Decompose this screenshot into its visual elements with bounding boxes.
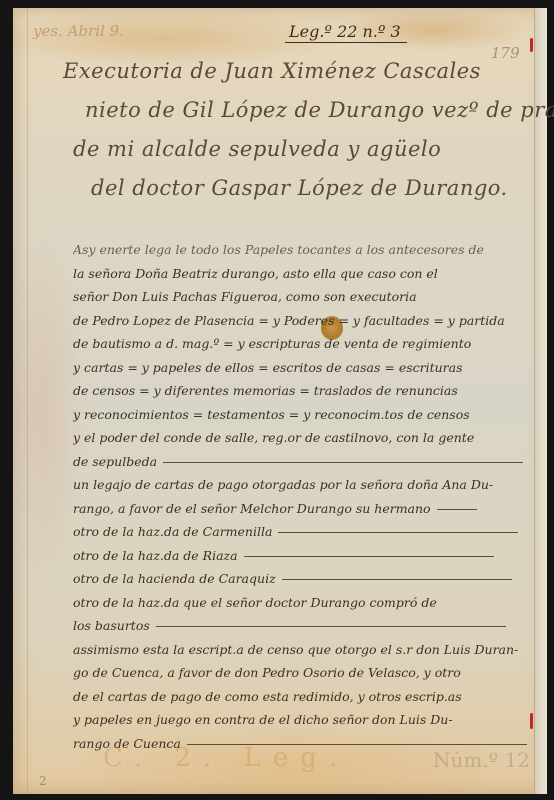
line-filler-rule	[437, 509, 477, 510]
body-line: de sepulbeda	[73, 450, 533, 474]
body-line: otro de la haz.da que el señor doctor Du…	[73, 591, 533, 615]
body-line: assimismo esta la escript.a de censo que…	[73, 638, 533, 662]
body-line: de el cartas de pago de como esta redimi…	[73, 685, 533, 709]
title-line: del doctor Gaspar López de Durango.	[63, 169, 533, 208]
body-line-text: de sepulbeda	[73, 454, 157, 469]
line-filler-rule	[244, 556, 494, 557]
body-line: de censos = y diferentes memorias = tras…	[73, 379, 533, 403]
margin-line	[27, 8, 28, 794]
body-line: Asy enerte lega le todo los Papeles toca…	[73, 238, 533, 262]
body-line-text: los basurtos	[73, 618, 150, 633]
body-line: los basurtos	[73, 614, 533, 638]
body-line: de Pedro Lopez de Plasencia = y Poderes …	[73, 309, 533, 333]
body-line: rango, a favor de el señor Melchor Duran…	[73, 497, 533, 521]
faded-header-note: yes. Abril 9.	[33, 22, 124, 40]
line-filler-rule	[156, 626, 506, 627]
body-line-text: otro de la haz.da de Carmenilla	[73, 524, 272, 539]
body-line: go de Cuenca, a favor de don Pedro Osori…	[73, 661, 533, 685]
title-line: nieto de Gil López de Durango vezº de pr…	[63, 91, 533, 130]
corner-mark: 2	[39, 774, 47, 788]
body-line-text: otro de la hacienda de Caraquiz	[73, 571, 276, 586]
bottom-archive-stamp: C. 2. Leg.	[103, 743, 349, 773]
red-edge-mark	[530, 38, 533, 52]
body-line: otro de la haz.da de Carmenilla	[73, 520, 533, 544]
line-filler-rule	[278, 532, 518, 533]
title-block: Executoria de Juan Ximénez Cascales niet…	[63, 52, 533, 208]
body-line-text: otro de la haz.da de Riaza	[73, 548, 238, 563]
manuscript-page: yes. Abril 9. Leg.º 22 n.º 3 179 Executo…	[13, 8, 547, 794]
title-line: de mi alcalde sepulveda y agüelo	[63, 130, 533, 169]
line-filler-rule	[282, 579, 512, 580]
body-line: otro de la hacienda de Caraquiz	[73, 567, 533, 591]
line-filler-rule	[163, 462, 523, 463]
body-line: señor Don Luis Pachas Figueroa, como son…	[73, 285, 533, 309]
body-line-text: rango, a favor de el señor Melchor Duran…	[73, 501, 431, 516]
body-line: y el poder del conde de salle, reg.or de…	[73, 426, 533, 450]
bottom-archive-number: Núm.º 12	[433, 748, 530, 772]
body-line: y cartas = y papeles de ellos = escritos…	[73, 356, 533, 380]
body-line: otro de la haz.da de Riaza	[73, 544, 533, 568]
body-line: la señora Doña Beatriz durango, asto ell…	[73, 262, 533, 286]
body-line: de bautismo a d. mag.º = y escripturas d…	[73, 332, 533, 356]
body-text: Asy enerte lega le todo los Papeles toca…	[73, 238, 533, 755]
body-line: y papeles en juego en contra de el dicho…	[73, 708, 533, 732]
title-line: Executoria de Juan Ximénez Cascales	[63, 52, 533, 91]
body-line: y reconocimientos = testamentos = y reco…	[73, 403, 533, 427]
folio-reference: Leg.º 22 n.º 3	[289, 22, 401, 41]
body-line: un legajo de cartas de pago otorgadas po…	[73, 473, 533, 497]
